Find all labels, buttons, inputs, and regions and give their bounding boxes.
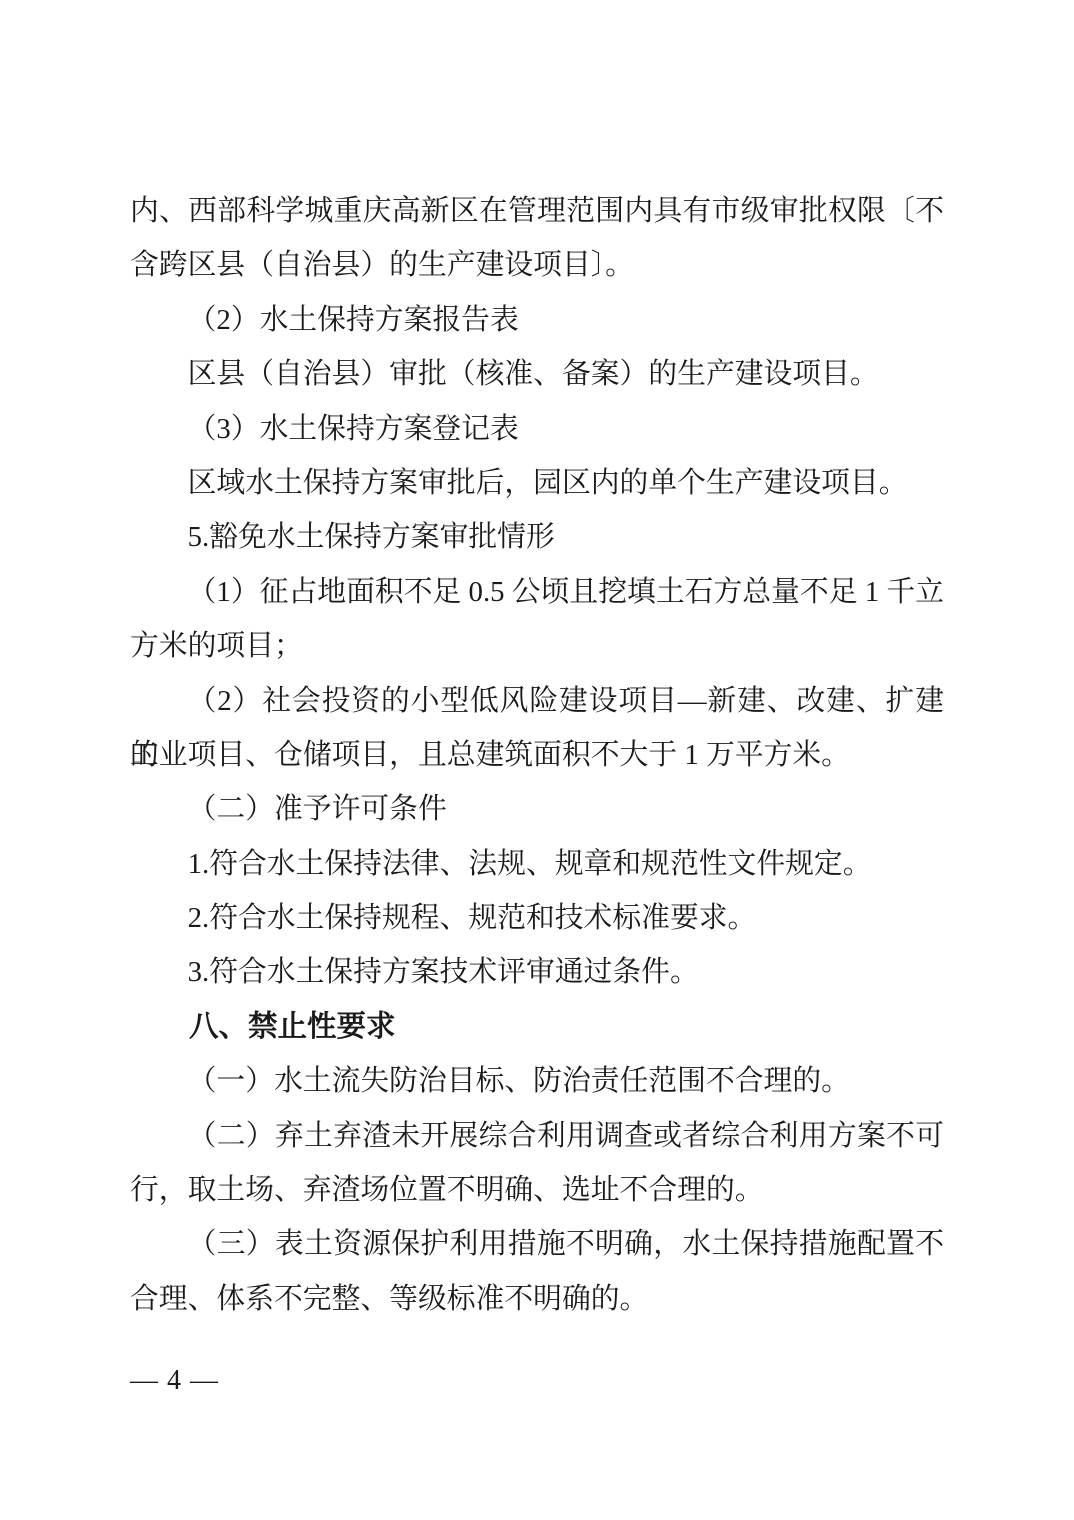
text-line: （1）征占地面积不足 0.5 公顷且挖填土石方总量不足 1 千立 bbox=[130, 565, 944, 619]
text-line: 工业项目、仓储项目，且总建筑面积不大于 1 万平方米。 bbox=[130, 728, 944, 782]
text-line: 合理、体系不完整、等级标准不明确的。 bbox=[130, 1272, 944, 1326]
text-line: （二）弃土弃渣未开展综合利用调查或者综合利用方案不可 bbox=[130, 1109, 944, 1163]
text-line: （二）准予许可条件 bbox=[130, 782, 944, 836]
text-line: 方米的项目； bbox=[130, 619, 944, 673]
text-line: 行，取土场、弃渣场位置不明确、选址不合理的。 bbox=[130, 1163, 944, 1217]
text-line: （三）表土资源保护利用措施不明确，水土保持措施配置不 bbox=[130, 1217, 944, 1271]
text-line: 3.符合水土保持方案技术评审通过条件。 bbox=[130, 945, 944, 999]
text-line: 2.符合水土保持规程、规范和技术标准要求。 bbox=[130, 891, 944, 945]
text-line: （3）水土保持方案登记表 bbox=[130, 402, 944, 456]
text-line: 区县（自治县）审批（核准、备案）的生产建设项目。 bbox=[130, 347, 944, 401]
text-line: （2）水土保持方案报告表 bbox=[130, 293, 944, 347]
document-body: 内、西部科学城重庆高新区在管理范围内具有市级审批权限〔不含跨区县（自治县）的生产… bbox=[130, 184, 944, 1326]
text-line: 区域水土保持方案审批后，园区内的单个生产建设项目。 bbox=[130, 456, 944, 510]
text-line: 5.豁免水土保持方案审批情形 bbox=[130, 510, 944, 564]
text-line: 1.符合水土保持法律、法规、规章和规范性文件规定。 bbox=[130, 837, 944, 891]
text-line: （2）社会投资的小型低风险建设项目—新建、改建、扩建的 bbox=[130, 674, 944, 728]
page-number: — 4 — bbox=[130, 1364, 219, 1398]
document-page: 内、西部科学城重庆高新区在管理范围内具有市级审批权限〔不含跨区县（自治县）的生产… bbox=[0, 0, 1074, 1520]
section-heading: 八、禁止性要求 bbox=[130, 1000, 944, 1054]
text-line: 内、西部科学城重庆高新区在管理范围内具有市级审批权限〔不 bbox=[130, 184, 944, 238]
text-line: （一）水土流失防治目标、防治责任范围不合理的。 bbox=[130, 1054, 944, 1108]
text-line: 含跨区县（自治县）的生产建设项目〕。 bbox=[130, 238, 944, 292]
